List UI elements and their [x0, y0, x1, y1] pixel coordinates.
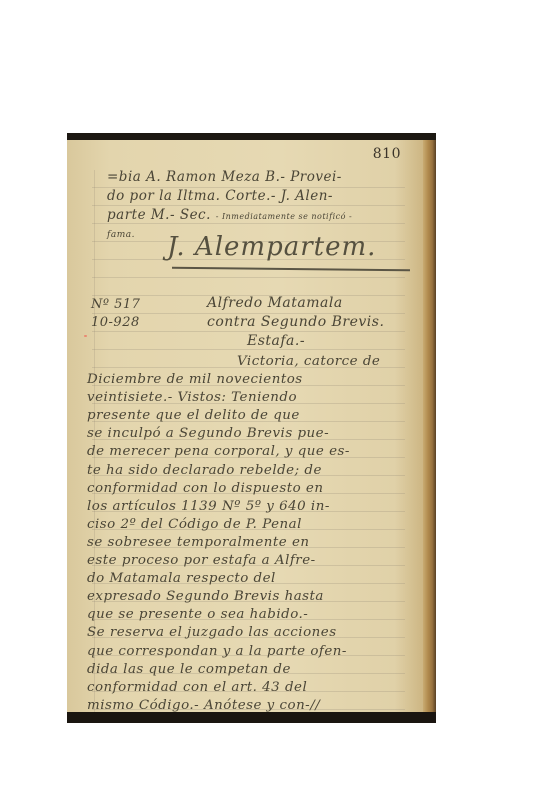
case-title-line: Estafa.- — [207, 332, 384, 351]
case-title-line: contra Segundo Brevis. — [207, 313, 384, 332]
body-line: este proceso por estafa a Alfre- — [87, 552, 380, 570]
body-line: que correspondan y a la parte ofen- — [87, 643, 380, 661]
case-date-code: 10-928 — [91, 314, 140, 332]
signature: J. Alempartem. — [167, 232, 376, 262]
case-title: Alfredo Matamala contra Segundo Brevis. … — [207, 294, 384, 351]
body-line: de merecer pena corporal, y que es- — [87, 443, 380, 461]
body-line: Diciembre de mil novecientos — [87, 371, 380, 389]
page-number: 810 — [373, 146, 401, 162]
body-line: ciso 2º del Código de P. Penal — [87, 516, 380, 534]
page-stack-edge — [423, 140, 436, 712]
bottom-shadow — [67, 712, 436, 723]
body-line: presente que el delito de que — [87, 407, 380, 425]
body-line: que se presente o sea habido.- — [87, 606, 380, 624]
case-reference: Nº 517 10-928 — [91, 296, 140, 332]
body-line: do Matamala respecto del — [87, 570, 380, 588]
previous-entry-line: =bia A. Ramon Meza B.- Provei- — [107, 168, 352, 187]
notification-note: - Inmediatamente se notificó - — [216, 212, 352, 221]
body-line: Victoria, catorce de — [87, 353, 380, 371]
previous-entry-line: do por la Iltma. Corte.- J. Alen- — [107, 187, 352, 206]
case-title-line: Alfredo Matamala — [207, 294, 384, 313]
body-line: conformidad con el art. 43 del — [87, 679, 380, 697]
body-line: Se reserva el juzgado las acciones — [87, 624, 380, 642]
case-body: Victoria, catorce de Diciembre de mil no… — [87, 353, 380, 715]
previous-entry-line: parte M.- Sec. — [107, 207, 211, 223]
body-line: conformidad con lo dispuesto en — [87, 480, 380, 498]
case-number: Nº 517 — [91, 296, 140, 314]
body-line: se inculpó a Segundo Brevis pue- — [87, 425, 380, 443]
body-line: te ha sido declarado rebelde; de — [87, 462, 380, 480]
paper-spot — [84, 335, 87, 337]
ledger-photo: 810 =bia A. Ramon Meza B.- Provei- do po… — [67, 133, 436, 723]
body-line: veintisiete.- Vistos: Teniendo — [87, 389, 380, 407]
ledger-page: 810 =bia A. Ramon Meza B.- Provei- do po… — [67, 140, 423, 712]
body-line: se sobresee temporalmente en — [87, 534, 380, 552]
body-line: los artículos 1139 Nº 5º y 640 in- — [87, 498, 380, 516]
body-line: expresado Segundo Brevis hasta — [87, 588, 380, 606]
body-line: dida las que le competan de — [87, 661, 380, 679]
